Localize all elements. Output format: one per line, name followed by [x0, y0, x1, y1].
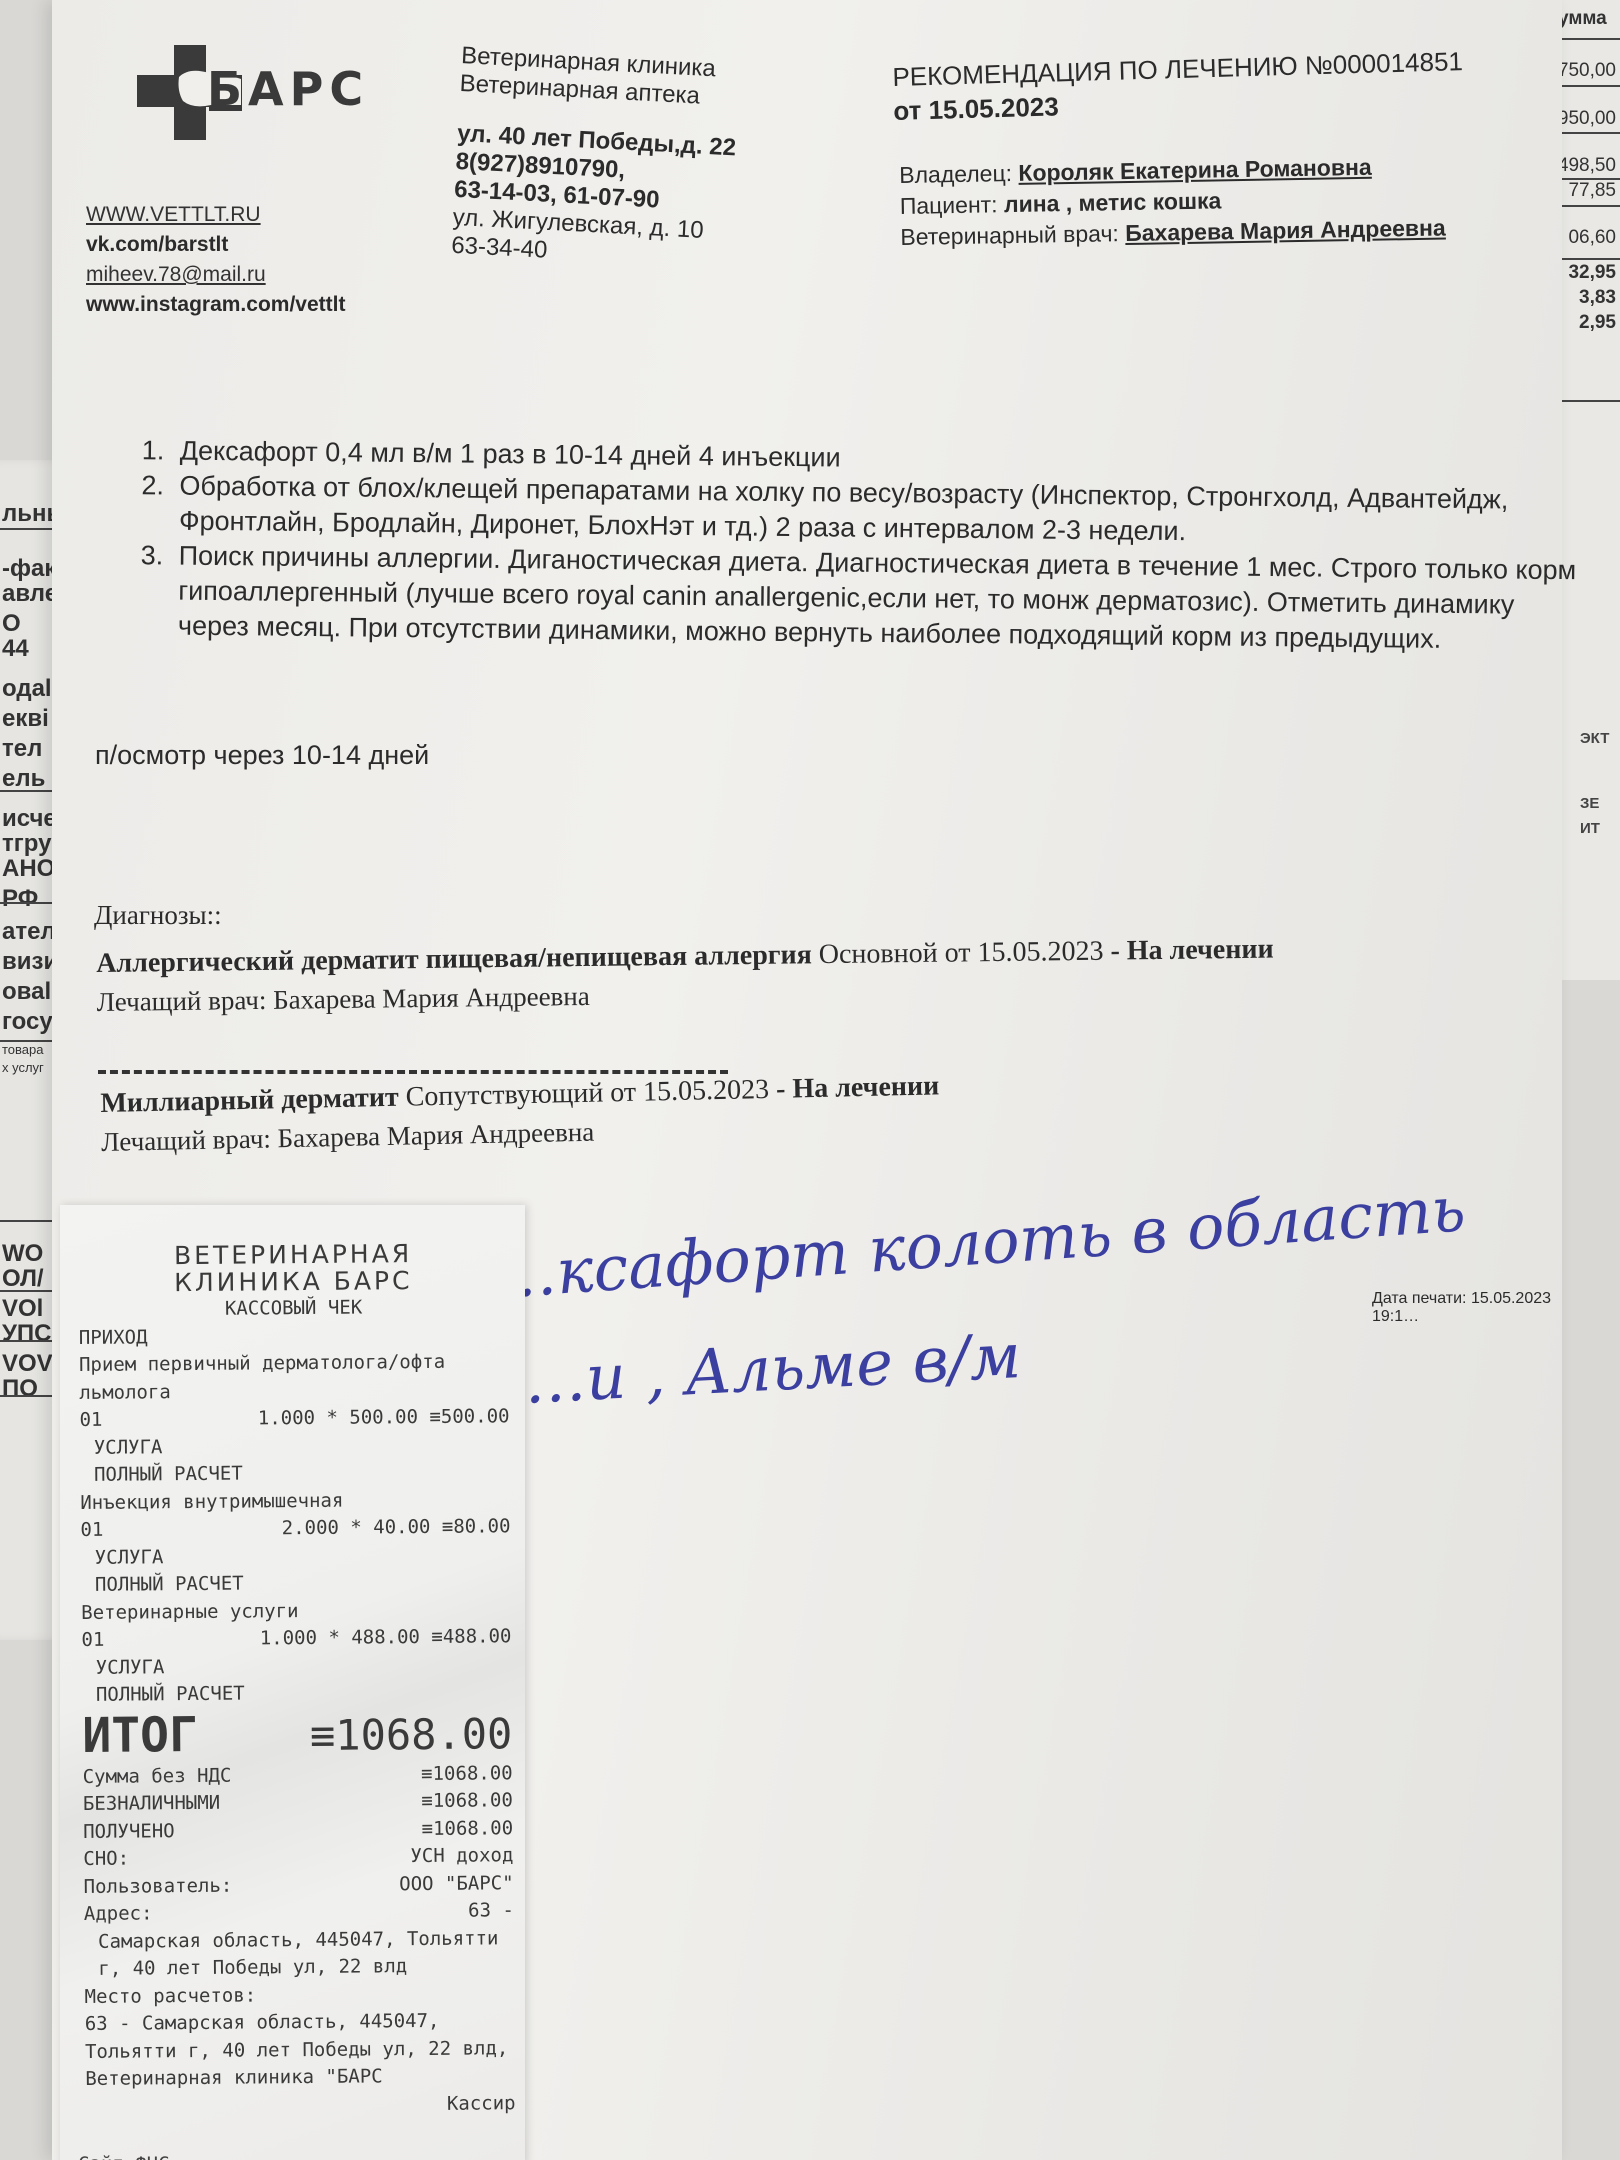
patient-value: лина , метис кошка — [1004, 187, 1222, 217]
receipt-type: КАССОВЫЙ ЧЕК — [78, 1293, 508, 1324]
underlying-text-fragment: госу — [2, 1008, 53, 1036]
invoice-amount: 950,00 — [1558, 108, 1616, 130]
table-rule — [1558, 178, 1620, 180]
item-kind: УСЛУГА — [82, 1651, 512, 1682]
receipt-cut-text: Сайт ФНС — [60, 2151, 525, 2160]
item-kind: УСЛУГА — [81, 1541, 511, 1572]
receipt-brand-line-2: КЛИНИКА БАРС — [78, 1266, 508, 1297]
item-code: 01 — [79, 1407, 102, 1435]
receipt-total: ИТОГ ≡1068.00 — [82, 1706, 512, 1764]
underlying-text-fragment: -фак — [2, 555, 56, 583]
recommendations-list: Дексафорт 0,4 мл в/м 1 раз в 10-14 дней … — [120, 433, 1582, 658]
vet-name: Бахарева Мария Андреевна — [1125, 214, 1446, 246]
item-name: Ветеринарные услуги — [81, 1596, 511, 1627]
invoice-amount: 06,60 — [1568, 227, 1616, 249]
summary-value: ООО "БАРС" — [399, 1870, 514, 1898]
underlying-text-fragment: РФ — [2, 885, 38, 913]
item-name: Прием первичный дерматолога/офта льмолог… — [79, 1348, 509, 1407]
receipt-cashier: Кассир — [85, 2090, 515, 2121]
print-date: Дата печати: 15.05.2023 19:1… — [1372, 1290, 1562, 1326]
summary-label: БЕЗНАЛИЧНЫМИ — [83, 1790, 221, 1819]
underlying-text-fragment: ОЛ/ — [2, 1265, 44, 1293]
diagnoses-title: Диагнозы:: — [94, 900, 222, 931]
instagram-link[interactable]: www.instagram.com/vettlt — [86, 290, 345, 320]
underlying-text-fragment: авле — [2, 580, 58, 608]
handwritten-note-line-2: …и , Альме в/м — [522, 1319, 1023, 1418]
owner-name: Короляк Екатерина Романовна — [1018, 154, 1372, 186]
summary-value: ≡1068.00 — [421, 1815, 513, 1843]
item-kind: УСЛУГА — [80, 1431, 510, 1462]
patient-label: Пациент: — [900, 191, 998, 219]
underlying-text-fragment: VOl — [2, 1295, 43, 1323]
underlying-text-fragment: О — [2, 610, 21, 638]
underlying-text-fragment: ЗЕ — [1580, 795, 1599, 812]
summary-value: УСН доход — [410, 1842, 513, 1870]
receipt-place-text: 63 - Самарская область, 445047, Тольятти… — [85, 2007, 516, 2093]
summary-row: Сумма без НДС≡1068.00 — [83, 1760, 513, 1791]
item-calc: 1.000 * 500.00 ≡500.00 — [258, 1403, 510, 1433]
invoice-amount: 498,50 — [1558, 155, 1616, 177]
invoice-amount: 2,95 — [1579, 312, 1616, 334]
underlying-text-fragment: WO — [2, 1240, 43, 1268]
receipt-item: Инъекция внутримышечная012.000 * 40.00 ≡… — [80, 1486, 511, 1600]
summary-row: ПОЛУЧЕНО≡1068.00 — [83, 1815, 513, 1846]
vet-label: Ветеринарный врач: — [900, 220, 1119, 250]
item-payment: ПОЛНЫЙ РАСЧЕТ — [82, 1678, 512, 1709]
underlying-text-fragment: одаl — [2, 675, 52, 703]
receipt-summary: Сумма без НДС≡1068.00БЕЗНАЛИЧНЫМИ≡1068.0… — [83, 1760, 514, 1929]
table-rule — [1558, 205, 1620, 207]
underlying-text-fragment: УПС — [2, 1320, 52, 1348]
website-link[interactable]: WWW.VETTLT.RU — [86, 200, 345, 230]
item-name: Инъекция внутримышечная — [80, 1486, 510, 1517]
summary-row: БЕЗНАЛИЧНЫМИ≡1068.00 — [83, 1787, 513, 1818]
diagnosis-name: Миллиарный дерматит — [100, 1082, 399, 1119]
invoice-amount: 77,85 — [1568, 180, 1616, 202]
total-label: ИТОГ — [82, 1708, 198, 1761]
underlying-text-fragment: АНО — [2, 855, 55, 883]
summary-row: Адрес:63 - — [84, 1897, 514, 1928]
item-calc: 1.000 * 488.00 ≡488.00 — [260, 1623, 512, 1653]
diagnosis-type: Основной от 15.05.2023 — [819, 936, 1104, 970]
summary-label: Пользователь: — [84, 1872, 233, 1901]
item-calc-row: 011.000 * 500.00 ≡500.00 — [79, 1403, 509, 1434]
diagnosis-entry: Миллиарный дерматит Сопутствующий от 15.… — [100, 1067, 940, 1161]
underlying-text-fragment: ИТ — [1580, 820, 1600, 837]
underlying-text-fragment: ПО — [2, 1375, 38, 1403]
summary-value: ≡1068.00 — [421, 1787, 513, 1815]
summary-label: Адрес: — [84, 1900, 153, 1928]
underlying-text-fragment: ател — [2, 918, 56, 946]
underlying-text-fragment: 44 — [2, 635, 29, 663]
table-rule — [1558, 132, 1620, 134]
underlying-text-fragment: ЭКТ — [1580, 730, 1609, 747]
item-payment: ПОЛНЫЙ РАСЧЕТ — [80, 1458, 510, 1489]
diagnosis-name: Аллергический дерматит пищевая/непищевая… — [96, 939, 812, 979]
underlying-text-fragment: исче — [2, 805, 57, 833]
item-payment: ПОЛНЫЙ РАСЧЕТ — [81, 1568, 511, 1599]
table-rule — [1558, 38, 1620, 40]
table-rule — [1558, 85, 1620, 87]
sum-column-header: умма — [1558, 8, 1607, 30]
underlying-text-fragment: х услуг — [2, 1060, 44, 1075]
diagnosis-type: Сопутствующий от 15.05.2023 — [405, 1074, 769, 1113]
recommendation-item: Поиск причины аллергии. Диганостическая … — [170, 539, 1581, 659]
invoice-amount: 32,95 — [1568, 262, 1616, 284]
receipt-item: Ветеринарные услуги011.000 * 488.00 ≡488… — [81, 1596, 512, 1710]
item-calc: 2.000 * 40.00 ≡80.00 — [282, 1513, 511, 1542]
total-value: ≡1068.00 — [310, 1708, 513, 1762]
clinic-contacts: WWW.VETTLT.RU vk.com/barstlt miheev.78@m… — [86, 200, 345, 320]
underlying-text-fragment: тел — [2, 735, 42, 763]
table-rule — [1558, 258, 1620, 260]
owner-label: Владелец: — [899, 160, 1012, 188]
summary-label: СНО: — [83, 1846, 129, 1874]
vk-link[interactable]: vk.com/barstlt — [86, 230, 345, 260]
diagnosis-status: - На лечении — [1110, 934, 1274, 967]
item-code: 01 — [80, 1517, 103, 1545]
logo-text: БАРС — [207, 62, 369, 116]
underlying-text-fragment: товара — [2, 1042, 44, 1057]
summary-label: ПОЛУЧЕНО — [83, 1818, 175, 1846]
receipt-brand-line-1: ВЕТЕРИНАРНАЯ — [78, 1239, 508, 1270]
underlying-text-fragment: оваl — [2, 978, 51, 1006]
table-rule — [1558, 400, 1620, 402]
document-header: РЕКОМЕНДАЦИЯ ПО ЛЕЧЕНИЮ №000014851 от 15… — [892, 44, 1464, 128]
invoice-amount: 3,83 — [1579, 287, 1616, 309]
patient-info: Владелец: Короляк Екатерина Романовна Па… — [899, 149, 1521, 253]
email-link[interactable]: miheev.78@mail.ru — [86, 260, 345, 290]
underlying-text-fragment: екві — [2, 705, 49, 733]
underlying-text-fragment: VOV — [2, 1350, 53, 1378]
receipt-operation: ПРИХОД — [79, 1321, 509, 1352]
item-calc-row: 012.000 * 40.00 ≡80.00 — [80, 1513, 510, 1544]
handwritten-note-line-1: …ксафорт колоть в область — [492, 1172, 1468, 1313]
receipt-place-label: Место расчетов: — [84, 1980, 514, 2011]
cash-receipt: ВЕТЕРИНАРНАЯ КЛИНИКА БАРС КАССОВЫЙ ЧЕК П… — [60, 1205, 525, 2160]
underlying-text-fragment: ель — [2, 765, 45, 793]
item-calc-row: 011.000 * 488.00 ≡488.00 — [81, 1623, 511, 1654]
item-code: 01 — [81, 1627, 104, 1655]
summary-row: Пользователь:ООО "БАРС" — [84, 1870, 514, 1901]
summary-value: ≡1068.00 — [421, 1760, 513, 1788]
receipt-address: Самарская область, 445047, Тольятти г, 4… — [84, 1925, 514, 1984]
summary-label: Сумма без НДС — [83, 1762, 232, 1791]
summary-value: 63 - — [468, 1897, 514, 1925]
receipt-item: Прием первичный дерматолога/офта льмолог… — [79, 1348, 510, 1489]
diagnosis-entry: Аллергический дерматит пищевая/непищевая… — [96, 931, 1274, 1021]
clinic-info: Ветеринарная клиника Ветеринарная аптека… — [451, 42, 741, 274]
diagnosis-status: - На лечении — [776, 1070, 940, 1104]
underlying-text-fragment: визи — [2, 948, 58, 976]
summary-row: СНО:УСН доход — [83, 1842, 513, 1873]
underlying-text-fragment: тгру — [2, 830, 51, 858]
receipt-items: Прием первичный дерматолога/офта льмолог… — [79, 1348, 512, 1709]
followup-note: п/осмотр через 10-14 дней — [95, 740, 429, 771]
invoice-amount: 750,00 — [1558, 60, 1616, 82]
